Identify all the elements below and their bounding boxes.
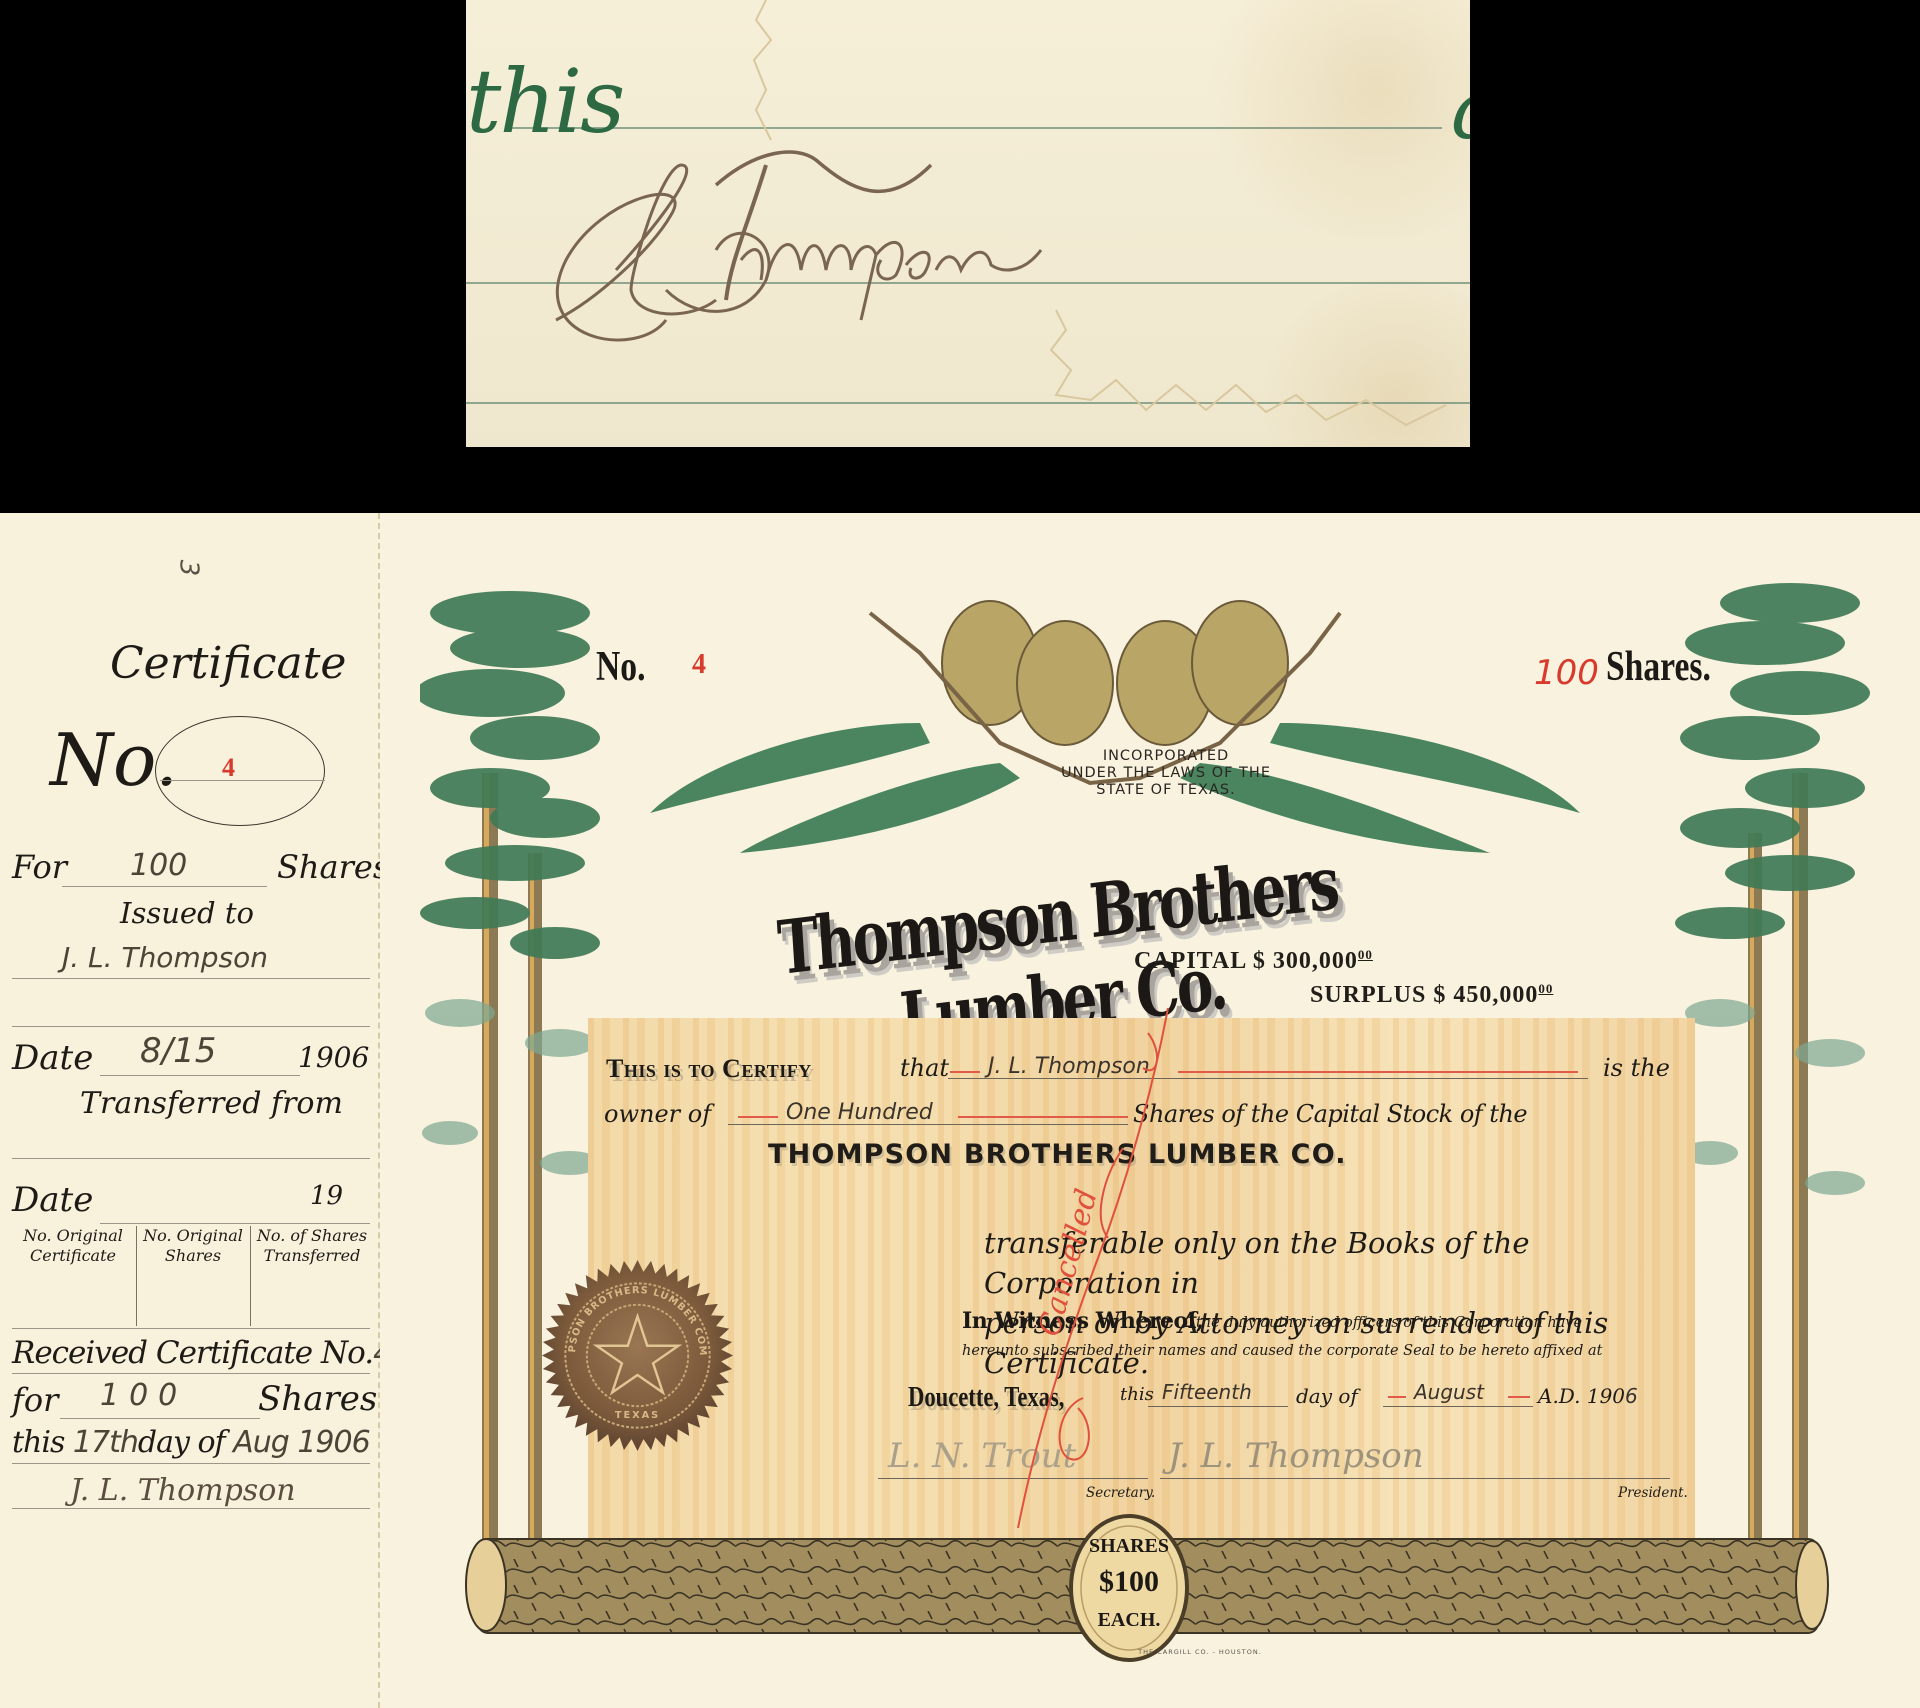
president-label: President.	[1618, 1485, 1688, 1501]
badge-value: $100	[1067, 1565, 1191, 1599]
this-label: this	[12, 1425, 64, 1460]
stock-certificate: No. 4 100 Shares. INCORPORATED UNDER THE…	[380, 513, 1920, 1708]
col-header: No. of Shares	[252, 1226, 372, 1246]
certificate-body-panel: This is to Certify that J. L. Thompson i…	[588, 1018, 1695, 1545]
witness-line-1: the duly authorized officers of this Cor…	[1196, 1315, 1582, 1331]
owner-of-label: owner of	[604, 1100, 711, 1128]
stub-certificate-title: Certificate	[110, 638, 346, 689]
stub-date2-label: Date	[12, 1180, 93, 1220]
fill-line	[12, 1508, 370, 1509]
president-sign-line	[1160, 1478, 1670, 1479]
col-header: No. Original	[12, 1226, 134, 1246]
received-month: Aug	[233, 1425, 289, 1460]
red-dash	[1388, 1396, 1406, 1398]
fill-line	[12, 1158, 370, 1159]
pine-cone-vignette-icon	[620, 593, 1670, 853]
stub-col-original-certificate: No. Original Certificate	[12, 1226, 134, 1326]
fill-line	[12, 978, 370, 979]
fill-line	[100, 1075, 300, 1076]
fill-line	[62, 886, 267, 887]
cancellation-mark-icon: Cancelled	[918, 1008, 1218, 1548]
stub-date-value: 8/15	[140, 1031, 216, 1071]
stub-for-label: For	[12, 848, 67, 886]
stub-date-year: 1906	[298, 1041, 369, 1074]
capital-cents: 00	[1358, 947, 1373, 962]
is-the-label: is the	[1603, 1054, 1670, 1082]
stub-margin-mark: 3	[173, 560, 203, 577]
fill-line	[1383, 1406, 1533, 1407]
par-value-badge: SHARES $100 EACH.	[1067, 1513, 1191, 1663]
col-header: No. Original	[138, 1226, 248, 1246]
received-text: Received Certificate No.	[12, 1335, 373, 1371]
ad-label: A.D. 1906	[1538, 1384, 1638, 1408]
badge-each: EACH.	[1067, 1609, 1191, 1632]
red-dash	[738, 1116, 778, 1118]
stub-col-original-shares: No. Original Shares	[138, 1226, 248, 1326]
stub-shares-count: 100	[130, 848, 187, 883]
certificate-no-label: No.	[596, 643, 645, 691]
fill-line	[160, 780, 325, 781]
stub-certificate-number: 4	[222, 753, 235, 783]
surplus-text: SURPLUS $ 450,000	[1310, 982, 1538, 1008]
shares-in-words: One Hundred	[786, 1100, 933, 1125]
stub-transferred-from-label: Transferred from	[80, 1086, 343, 1121]
stub-issued-to: J. L. Thompson	[62, 941, 268, 974]
stub-no-label: No.	[50, 718, 178, 802]
certificate-shares-label: Shares.	[1606, 643, 1711, 691]
stub-number-oval	[155, 716, 325, 826]
fill-line	[12, 1328, 370, 1329]
stub-row-for-shares: For 100 Shares	[12, 848, 372, 888]
column-divider	[250, 1226, 251, 1326]
fill-line	[12, 1463, 370, 1464]
incorporated-line: STATE OF TEXAS.	[1016, 782, 1316, 799]
signature-detail-inset: this a	[466, 0, 1470, 447]
column-divider	[136, 1226, 137, 1326]
stub-transfer-table: No. Original Certificate No. Original Sh…	[12, 1226, 370, 1326]
pine-tree-right-icon	[1670, 573, 1870, 1573]
svg-text:Cancelled: Cancelled	[1032, 1185, 1105, 1340]
incorporated-line: INCORPORATED	[1016, 748, 1316, 765]
fill-line	[12, 1373, 370, 1374]
certify-lead: This is to Certify	[606, 1054, 812, 1084]
capital-text: CAPITAL $ 300,000	[1134, 948, 1358, 974]
capital-amount: CAPITAL $ 300,00000	[1134, 947, 1373, 975]
certificate-shares-value: 100	[1534, 653, 1599, 693]
certificate-number: 4	[692, 649, 706, 681]
red-dash	[1508, 1396, 1530, 1398]
received-year: 1906	[297, 1425, 369, 1460]
stub-received-for-label: for	[12, 1381, 58, 1419]
stub-date-label: Date	[12, 1038, 93, 1078]
stub-receiver-signature: J. L. Thompson	[70, 1473, 296, 1508]
fill-line	[60, 1418, 260, 1419]
incorporated-text: INCORPORATED UNDER THE LAWS OF THE STATE…	[1016, 748, 1316, 799]
surplus-amount: SURPLUS $ 450,00000	[1310, 981, 1553, 1009]
stub-shares-label: Shares	[277, 848, 389, 886]
stub-received-date: this 17thday of Aug 1906	[12, 1425, 370, 1460]
badge-shares: SHARES	[1067, 1535, 1191, 1558]
month-value: August	[1414, 1380, 1484, 1404]
printer-imprint: THE CARGILL CO. - HOUSTON.	[1090, 1648, 1310, 1656]
col-header: Certificate	[12, 1246, 134, 1266]
year-suffix: 6	[1625, 1384, 1638, 1408]
day-of-label: day of	[1296, 1384, 1358, 1408]
fill-line	[100, 1223, 370, 1224]
day-of-label: day of	[138, 1425, 225, 1460]
received-day: 17th	[73, 1425, 138, 1460]
incorporated-line: UNDER THE LAWS OF THE	[1016, 765, 1316, 782]
col-header: Transferred	[252, 1246, 372, 1266]
surplus-cents: 00	[1538, 981, 1553, 996]
red-dash	[1178, 1071, 1578, 1073]
svg-text:TEXAS: TEXAS	[615, 1410, 660, 1421]
ad-text: A.D. 190	[1538, 1384, 1625, 1408]
certificate-stub: 3 Certificate No. 4 For 100 Shares Issue…	[0, 513, 380, 1708]
stub-received-shares: 100	[100, 1378, 187, 1413]
fill-line	[12, 1026, 370, 1027]
corporate-seal-icon: THOMPSON BROTHERS LUMBER COMPANY TEXAS	[540, 1258, 735, 1453]
stub-received-shares-label: Shares	[258, 1379, 377, 1419]
stub-date2-year: 19	[310, 1181, 343, 1211]
stub-col-shares-transferred: No. of Shares Transferred	[252, 1226, 372, 1326]
stub-received-label: Received Certificate No.4	[12, 1335, 391, 1371]
col-header: Shares	[138, 1246, 248, 1266]
stub-issued-to-label: Issued to	[120, 896, 254, 930]
signature-icon	[466, 0, 1470, 447]
